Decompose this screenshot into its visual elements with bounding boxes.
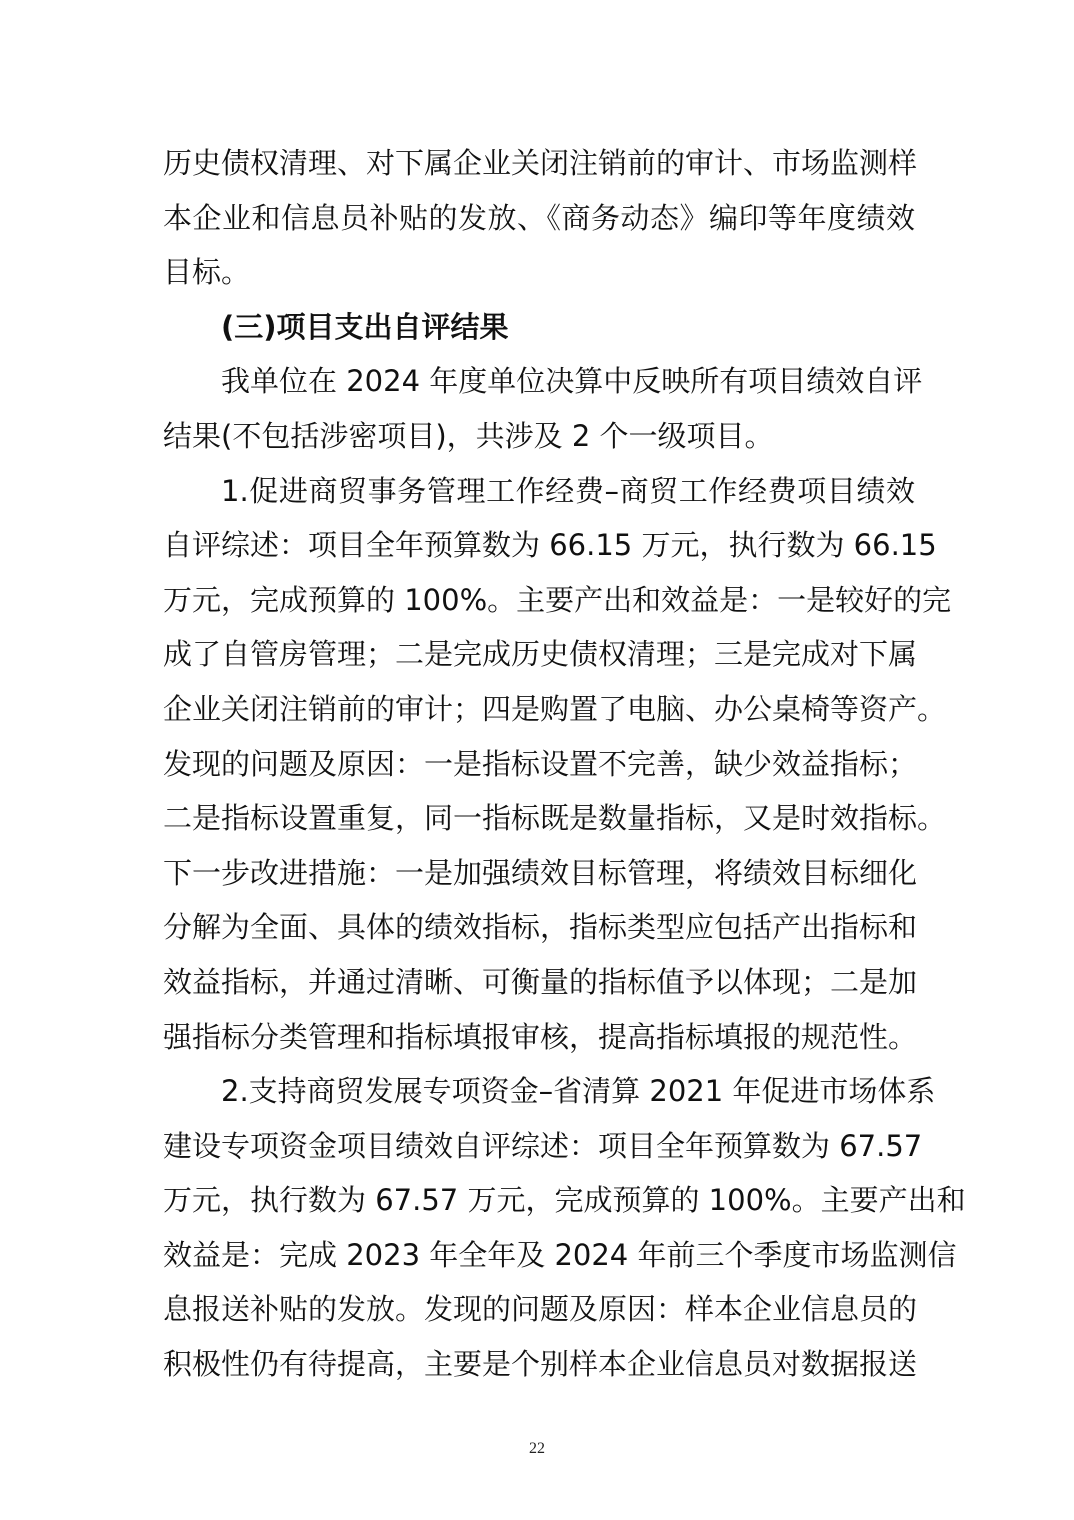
paragraph-first-line: 2.支持商贸发展专项资金–省清算 2021 年促进市场体系 — [163, 1064, 915, 1119]
text-line: 息报送补贴的发放。发现的问题及原因：样本企业信息员的 — [163, 1282, 915, 1337]
text-line: 结果(不包括涉密项目)，共涉及 2 个一级项目。 — [163, 409, 915, 464]
text-line: 自评综述：项目全年预算数为 66.15 万元，执行数为 66.15 — [163, 518, 915, 573]
text-line: 企业关闭注销前的审计；四是购置了电脑、办公桌椅等资产。 — [163, 682, 915, 737]
text-line: 万元，完成预算的 100%。主要产出和效益是：一是较好的完 — [163, 573, 915, 628]
text-line: 分解为全面、具体的绩效指标，指标类型应包括产出指标和 — [163, 900, 915, 955]
page-number: 22 — [0, 1440, 1074, 1458]
text-line: 历史债权清理、对下属企业关闭注销前的审计、市场监测样 — [163, 136, 915, 191]
text-line: 强指标分类管理和指标填报审核，提高指标填报的规范性。 — [163, 1010, 915, 1065]
text-line: 发现的问题及原因：一是指标设置不完善，缺少效益指标； — [163, 737, 915, 792]
text-line: 目标。 — [163, 245, 915, 300]
text-line: 下一步改进措施：一是加强绩效目标管理，将绩效目标细化 — [163, 846, 915, 901]
text-line: 成了自管房管理；二是完成历史债权清理；三是完成对下属 — [163, 627, 915, 682]
text-line: 二是指标设置重复，同一指标既是数量指标，又是时效指标。 — [163, 791, 915, 846]
text-line: 效益是：完成 2023 年全年及 2024 年前三个季度市场监测信 — [163, 1228, 915, 1283]
paragraph-first-line: 1.促进商贸事务管理工作经费–商贸工作经费项目绩效 — [163, 464, 915, 519]
text-line: 万元，执行数为 67.57 万元，完成预算的 100%。主要产出和 — [163, 1173, 915, 1228]
document-body: 历史债权清理、对下属企业关闭注销前的审计、市场监测样 本企业和信息员补贴的发放、… — [163, 136, 915, 1392]
text-line: 建设专项资金项目绩效自评综述：项目全年预算数为 67.57 — [163, 1119, 915, 1174]
text-line: 本企业和信息员补贴的发放、《商务动态》编印等年度绩效 — [163, 191, 915, 246]
text-line: 效益指标，并通过清晰、可衡量的指标值予以体现；二是加 — [163, 955, 915, 1010]
paragraph-first-line: 我单位在 2024 年度单位决算中反映所有项目绩效自评 — [163, 354, 915, 409]
document-page: 历史债权清理、对下属企业关闭注销前的审计、市场监测样 本企业和信息员补贴的发放、… — [0, 0, 1074, 1520]
section-heading: (三)项目支出自评结果 — [163, 300, 915, 355]
text-line: 积极性仍有待提高，主要是个别样本企业信息员对数据报送 — [163, 1337, 915, 1392]
